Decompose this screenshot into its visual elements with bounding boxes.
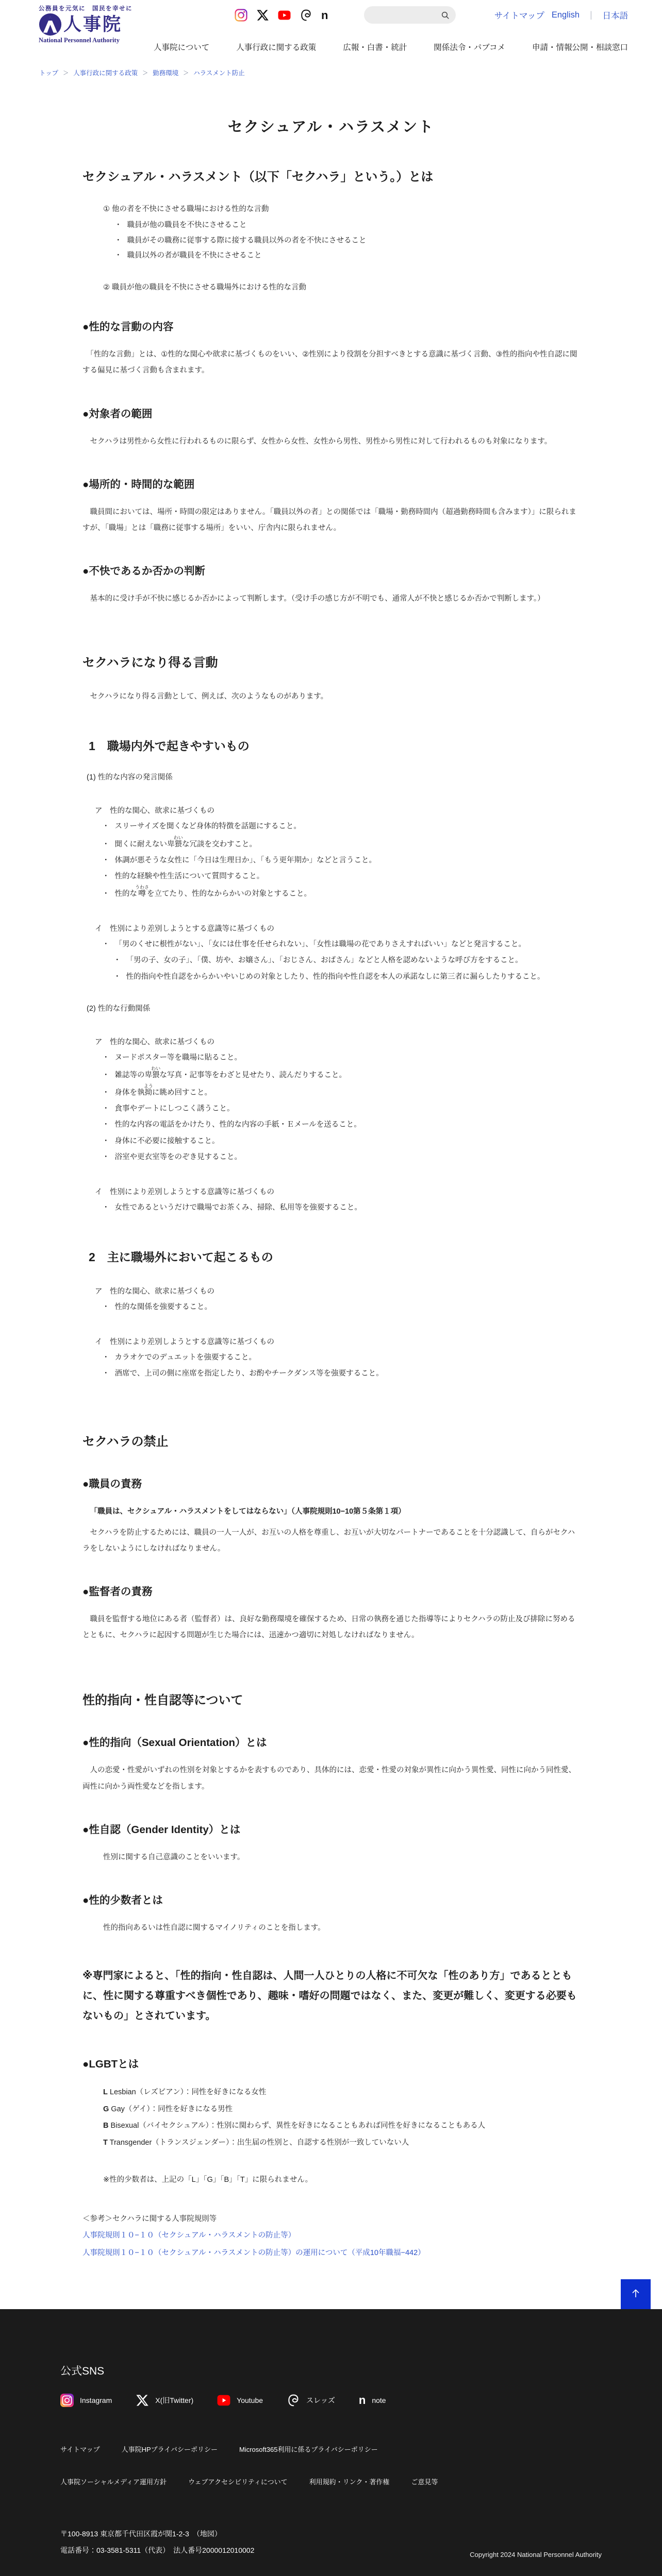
list-item: ・性的な経験や性生活について質問すること。 bbox=[102, 869, 580, 885]
heading-sexual-minority: ●性的少数者とは bbox=[82, 1891, 580, 1907]
lgbt-line-t: T Transgender（トランスジェンダー）：出生届の性別と、自認する性別が… bbox=[82, 2134, 580, 2151]
heading-outside-workplace: 2 主に職場外において起こるもの bbox=[82, 1248, 580, 1265]
act-a-list: ・ヌードポスター等を職場に貼ること。 ・雑誌等の卑猥わいな写真・記事等をわざと見… bbox=[82, 1050, 580, 1165]
list-item: ・職員がその職務に従事する際に接する職員以外の者を不快にさせること bbox=[114, 233, 580, 249]
staff-duty-rule: 「職員は、セクシュアル・ハラスメントをしてはならない」（人事院規則10−10第５… bbox=[82, 1504, 580, 1520]
back-to-top-button[interactable] bbox=[621, 2279, 651, 2309]
out-a-label: ア 性的な関心、欲求に基づくもの bbox=[82, 1285, 580, 1296]
arrow-up-icon bbox=[630, 2287, 641, 2300]
footer-address-block: 〒100-8913 東京都千代田区霞が関1-2-3 （地図） 電話番号：03-3… bbox=[60, 2526, 254, 2558]
section-possible-conduct: セクハラになり得る言動 セクハラになり得る言動として、例えば、次のようなものがあ… bbox=[82, 652, 580, 1382]
list-item: ・「男のくせに根性がない」、「女には仕事を任せられない」、「女性は職場の花であり… bbox=[102, 937, 580, 953]
out-i-list: ・カラオケでのデュエットを強要すること。 ・酒席で、上司の側に座席を指定したり、… bbox=[82, 1350, 580, 1382]
speech-a-list: ・スリーサイズを聞くなど身体的特徴を話題にすること。 ・聞くに耐えない卑猥わいな… bbox=[82, 819, 580, 902]
heading-target-scope: ●対象者の範囲 bbox=[82, 405, 580, 420]
list-item: ・身体を執拗ように眺め回すこと。 bbox=[102, 1083, 580, 1101]
nav-application[interactable]: 申請・情報公開・相談窓口 bbox=[532, 41, 628, 53]
list-item: ・女性であるというだけで職場でお茶くみ、掃除、私用等を強要すること。 bbox=[102, 1200, 580, 1216]
paragraph: セクハラになり得る言動として、例えば、次のようなものがあります。 bbox=[82, 689, 580, 705]
list-item: ・食事やデートにしつこく誘うこと。 bbox=[102, 1101, 580, 1117]
nav-pr-statistics[interactable]: 広報・白書・統計 bbox=[343, 41, 407, 53]
section-sogi: 性的指向・性自認等について ●性的指向（Sexual Orientation）と… bbox=[82, 1690, 580, 2261]
footer-links-row-2: 人事院ソーシャルメディア運用方針 ウェブアクセシビリティについて 利用規約・リン… bbox=[60, 2477, 602, 2486]
reference-label: ＜参考＞セクハラに関する人事院規則等 bbox=[82, 2213, 580, 2224]
sitemap-link[interactable]: サイトマップ bbox=[494, 9, 544, 21]
breadcrumb-work-env[interactable]: 勤務環境 bbox=[153, 68, 178, 77]
heading-inside-outside-workplace: 1 職場内外で起きやすいもの bbox=[82, 737, 580, 754]
page-title: セクシュアル・ハラスメント bbox=[82, 115, 580, 137]
lang-japanese-link[interactable]: 日本語 bbox=[603, 9, 628, 21]
paragraph: 基本的に受け手が不快に感じるか否かによって判断します。（受け手の感じ方が不明でも… bbox=[82, 591, 580, 607]
list-item: ・「男の子、女の子」、「僕、坊や、お嬢さん」、「おじさん、おばさん」などと人格を… bbox=[113, 953, 580, 969]
x-twitter-icon bbox=[136, 2394, 149, 2407]
sogi-heading: 性的指向・性自認等について bbox=[82, 1690, 580, 1708]
logo-title: 人事院 bbox=[63, 15, 122, 33]
heading-supervisor-duty: ●監督者の責務 bbox=[82, 1583, 580, 1598]
paragraph: セクハラを防止するためには、職員の一人一人が、お互いの人格を尊重し、お互いが大切… bbox=[82, 1525, 580, 1557]
list-item: ・体調が悪そうな女性に「今日は生理日か」、「もう更年期か」などと言うこと。 bbox=[102, 853, 580, 869]
definition-item-1: ① 他の者を不快にさせる職場における性的な言動 bbox=[82, 203, 580, 214]
footer-social-media-policy-link[interactable]: 人事院ソーシャルメディア運用方針 bbox=[60, 2477, 167, 2486]
heading-lgbt: ●LGBTとは bbox=[82, 2055, 580, 2071]
breadcrumb-separator: ＞ bbox=[142, 69, 148, 77]
note-icon[interactable]: n bbox=[321, 9, 328, 22]
search-icon[interactable] bbox=[441, 11, 450, 20]
back-to-top-row bbox=[0, 2279, 662, 2309]
list-item: ・ヌードポスター等を職場に貼ること。 bbox=[102, 1050, 580, 1066]
list-item: ・カラオケでのデュエットを強要すること。 bbox=[102, 1350, 580, 1366]
minority-note: ※性的少数者は、上記の「L」「G」「B」「T」に限られません。 bbox=[82, 2172, 580, 2188]
footer-terms-link[interactable]: 利用規約・リンク・著作権 bbox=[309, 2477, 390, 2486]
header-top-row: n サイトマップ English ｜ 日本語 bbox=[235, 6, 628, 24]
threads-icon bbox=[287, 2394, 300, 2407]
footer-youtube-link[interactable]: Youtube bbox=[217, 2394, 263, 2407]
heading-gender-identity: ●性自認（Gender Identity）とは bbox=[82, 1821, 580, 1836]
paragraph: 性的指向あるいは性自認に関するマイノリティのことを指します。 bbox=[82, 1920, 580, 1936]
x-twitter-icon[interactable] bbox=[256, 9, 269, 22]
instagram-icon[interactable] bbox=[235, 9, 247, 22]
search-box[interactable] bbox=[364, 6, 456, 24]
list-item: ・性的な内容の電話をかけたり、性的な内容の手紙・Ｅメールを送ること。 bbox=[102, 1117, 580, 1133]
footer-instagram-link[interactable]: Instagram bbox=[60, 2394, 112, 2407]
instagram-icon bbox=[60, 2394, 74, 2407]
breadcrumb-top[interactable]: トップ bbox=[39, 68, 58, 77]
definition-item-1-list: ・職員が他の職員を不快にさせること ・職員がその職務に従事する際に接する職員以外… bbox=[82, 218, 580, 264]
header-utility-links: サイトマップ English ｜ 日本語 bbox=[494, 9, 628, 21]
footer-copyright: Copyright 2024 National Personnel Author… bbox=[470, 2551, 602, 2558]
footer-links-row-1: サイトマップ 人事院HPプライバシーポリシー Microsoft365利用に係る… bbox=[60, 2444, 602, 2454]
breadcrumb-separator: ＞ bbox=[183, 69, 189, 77]
section-definition: セクシュアル・ハラスメント（以下「セクハラ」という。）とは ① 他の者を不快にさ… bbox=[82, 166, 580, 607]
npa-logo-icon bbox=[39, 13, 62, 36]
footer-sns-row: Instagram X(旧Twitter) Youtube スレッズ n not… bbox=[60, 2394, 602, 2407]
logo-row: 人事院 bbox=[39, 13, 133, 36]
footer-note-link[interactable]: n note bbox=[359, 2394, 386, 2407]
heading-sexual-orientation: ●性的指向（Sexual Orientation）とは bbox=[82, 1734, 580, 1749]
list-item: ・身体に不必要に接触すること。 bbox=[102, 1133, 580, 1149]
out-i-label: イ 性別により差別しようとする意識等に基づくもの bbox=[82, 1336, 580, 1347]
speech-a-label: ア 性的な関心、欲求に基づくもの bbox=[82, 805, 580, 816]
definition-item-2: ② 職員が他の職員を不快にさせる職場外における性的な言動 bbox=[82, 281, 580, 292]
footer-threads-link[interactable]: スレッズ bbox=[287, 2394, 335, 2407]
list-item: ・雑誌等の卑猥わいな写真・記事等をわざと見せたり、読んだりすること。 bbox=[102, 1066, 580, 1083]
list-item: ・職員以外の者が職員を不快にさせること bbox=[114, 248, 580, 264]
footer-accessibility-link[interactable]: ウェブアクセシビリティについて bbox=[188, 2477, 288, 2486]
group-act-label: (2) 性的な行動関係 bbox=[82, 1003, 580, 1013]
youtube-icon[interactable] bbox=[278, 9, 291, 22]
paragraph: 「性的な言動」とは、①性的な関心や欲求に基づくものをいい、②性別により役割を分担… bbox=[82, 347, 580, 379]
expert-note: ※専門家によると、「性的指向・性自認は、人間一人ひとりの人格に不可欠な「性のあり… bbox=[82, 1966, 580, 2026]
heading-place-time-scope: ●場所的・時間的な範囲 bbox=[82, 476, 580, 491]
nav-laws[interactable]: 関係法令・パブコメ bbox=[434, 41, 505, 53]
lgbt-line-g: G Gay（ゲイ）：同性を好きになる男性 bbox=[82, 2101, 580, 2118]
speech-i-list: ・「男のくせに根性がない」、「女には仕事を任せられない」、「女性は職場の花であり… bbox=[82, 937, 580, 985]
heading-staff-duty: ●職員の責務 bbox=[82, 1475, 580, 1490]
footer-phone: 電話番号：03-3581-5311（代表） 法人番号2000012010002 bbox=[60, 2542, 254, 2558]
lang-separator: ｜ bbox=[587, 9, 595, 21]
main-nav: 人事院について 人事行政に関する政策 広報・白書・統計 関係法令・パブコメ 申請… bbox=[154, 41, 628, 53]
act-a-label: ア 性的な関心、欲求に基づくもの bbox=[82, 1036, 580, 1047]
breadcrumb-harassment[interactable]: ハラスメント防止 bbox=[193, 68, 245, 77]
site-footer: 公式SNS Instagram X(旧Twitter) Youtube スレッズ bbox=[0, 2309, 662, 2576]
paragraph: セクハラは男性から女性に行われるものに限らず、女性から女性、女性から男性、男性か… bbox=[82, 434, 580, 450]
footer-address: 〒100-8913 東京都千代田区霞が関1-2-3 （地図） bbox=[60, 2526, 254, 2542]
main-content: セクシュアル・ハラスメント セクシュアル・ハラスメント（以下「セクハラ」という。… bbox=[82, 115, 580, 2262]
list-item: ・スリーサイズを聞くなど身体的特徴を話題にすること。 bbox=[102, 819, 580, 835]
list-item: ・酒席で、上司の側に座席を指定したり、お酌やチークダンス等を強要すること。 bbox=[102, 1366, 580, 1382]
note-icon: n bbox=[359, 2394, 366, 2407]
breadcrumb: トップ ＞ 人事行政に関する政策 ＞ 勤務環境 ＞ ハラスメント防止 bbox=[0, 65, 662, 77]
footer-sitemap-link[interactable]: サイトマップ bbox=[60, 2444, 100, 2454]
footer-feedback-link[interactable]: ご意見等 bbox=[411, 2477, 438, 2486]
list-item: ・浴室や更衣室等をのぞき見すること。 bbox=[102, 1149, 580, 1165]
rule-10-10-operation-link[interactable]: 人事院規則１０−１０（セクシュアル・ハラスメントの防止等）の運用について（平成1… bbox=[82, 2244, 580, 2262]
breadcrumb-separator: ＞ bbox=[63, 69, 69, 77]
paragraph: 人の恋愛・性愛がいずれの性別を対象とするかを表すものであり、具体的には、恋愛・性… bbox=[82, 1762, 580, 1794]
footer-privacy-policy-link[interactable]: 人事院HPプライバシーポリシー bbox=[122, 2444, 218, 2454]
search-input[interactable] bbox=[370, 11, 441, 20]
definition-heading: セクシュアル・ハラスメント（以下「セクハラ」という。）とは bbox=[82, 166, 580, 184]
list-item: ・性的な関係を強要すること。 bbox=[102, 1299, 580, 1315]
list-item: ・職員が他の職員を不快にさせること bbox=[114, 218, 580, 233]
site-logo[interactable]: 公務員を元気に 国民を幸せに 人事院 National Personnel Au… bbox=[39, 4, 133, 44]
lang-english-link[interactable]: English bbox=[552, 10, 580, 20]
heading-judgement: ●不快であるか否かの判断 bbox=[82, 562, 580, 578]
out-a-list: ・性的な関係を強要すること。 bbox=[82, 1299, 580, 1315]
list-item: ・性的指向や性自認をからかいやいじめの対象としたり、性的指向や性自認を本人の承諾… bbox=[113, 969, 580, 985]
logo-subtitle: National Personnel Authority bbox=[39, 37, 133, 44]
site-header: 公務員を元気に 国民を幸せに 人事院 National Personnel Au… bbox=[0, 0, 662, 65]
breadcrumb-policy[interactable]: 人事行政に関する政策 bbox=[73, 68, 138, 77]
nav-about[interactable]: 人事院について bbox=[154, 41, 209, 53]
group-speech-label: (1) 性的な内容の発言関係 bbox=[82, 771, 580, 782]
heading-sexual-speech-content: ●性的な言動の内容 bbox=[82, 318, 580, 333]
sns-heading: 公式SNS bbox=[60, 2363, 602, 2378]
header-social-links: n bbox=[235, 9, 328, 22]
possible-conduct-heading: セクハラになり得る言動 bbox=[82, 652, 580, 670]
paragraph: 職員間においては、場所・時間の限定はありません。「職員以外の者」との関係では「職… bbox=[82, 504, 580, 536]
section-prohibition: セクハラの禁止 ●職員の責務 「職員は、セクシュアル・ハラスメントをしてはならな… bbox=[82, 1431, 580, 1644]
threads-icon[interactable] bbox=[300, 9, 312, 22]
act-i-list: ・女性であるというだけで職場でお茶くみ、掃除、私用等を強要すること。 bbox=[82, 1200, 580, 1216]
footer-bottom: 〒100-8913 東京都千代田区霞が関1-2-3 （地図） 電話番号：03-3… bbox=[60, 2526, 602, 2558]
lgbt-line-l: L Lesbian（レズビアン）：同性を好きになる女性 bbox=[82, 2084, 580, 2101]
prohibition-heading: セクハラの禁止 bbox=[82, 1431, 580, 1449]
paragraph: 職員を監督する地位にある者（監督者）は、良好な勤務環境を確保するため、日常の執務… bbox=[82, 1612, 580, 1643]
footer-ms365-privacy-link[interactable]: Microsoft365利用に係るプライバシーポリシー bbox=[239, 2444, 378, 2454]
lgbt-line-b: B Bisexual（バイセクシュアル）：性別に関わらず、異性を好きになることも… bbox=[82, 2117, 580, 2134]
nav-policy[interactable]: 人事行政に関する政策 bbox=[236, 41, 316, 53]
list-item: ・聞くに耐えない卑猥わいな冗談を交わすこと。 bbox=[102, 835, 580, 853]
act-i-label: イ 性別により差別しようとする意識等に基づくもの bbox=[82, 1186, 580, 1197]
paragraph: 性別に関する自己意識のことをいいます。 bbox=[82, 1850, 580, 1866]
youtube-icon bbox=[217, 2394, 230, 2407]
speech-i-label: イ 性別により差別しようとする意識等に基づくもの bbox=[82, 923, 580, 934]
logo-tagline: 公務員を元気に 国民を幸せに bbox=[39, 4, 133, 12]
footer-x-link[interactable]: X(旧Twitter) bbox=[136, 2394, 193, 2407]
list-item: ・性的な噂うわさを立てたり、性的なからかいの対象とすること。 bbox=[102, 885, 580, 902]
rule-10-10-link[interactable]: 人事院規則１０−１０（セクシュアル・ハラスメントの防止等） bbox=[82, 2227, 580, 2244]
